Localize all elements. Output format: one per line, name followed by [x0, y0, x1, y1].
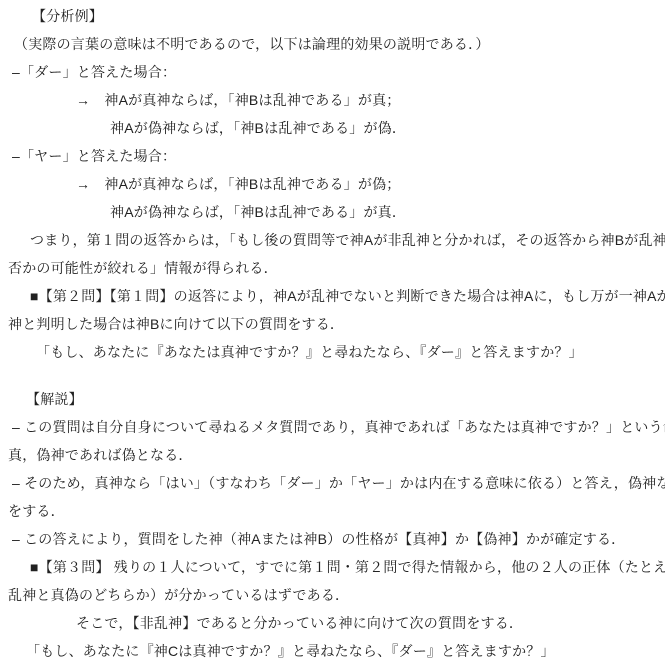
analysis-summary-line-1: つまり，第１問の返答からは，「もし後の質問等で神Aが非乱神と分かれば，その返答か… [0, 226, 665, 254]
question2-intro-line-2: 神と判明した場合は神Bに向けて以下の質問をする． [0, 310, 665, 338]
case-ya-label: –「ヤー」と答えた場合： [0, 142, 665, 170]
case-da-label: –「ダー」と答えた場合： [0, 58, 665, 86]
commentary-heading: 【解説】 [0, 385, 665, 413]
commentary-point-2-line-1: – そのため，真神なら「はい」（すなわち「ダー」か「ヤー」かは内在する意味に依る… [0, 469, 665, 497]
analysis-example-heading: 【分析例】 [0, 2, 665, 30]
case-da-true-line: → 神Aが真神ならば，「神Bは乱神である」が真； [0, 86, 665, 114]
question2-intro-line-1: ■【第２問】【第１問】の返答により，神Aが乱神でないと判断できた場合は神Aに，も… [0, 282, 665, 310]
question3-question-text: 「もし、あなたに『神Cは真神ですか？』と尋ねたなら、『ダー』と答えますか？」 [0, 637, 665, 665]
document-body: 【分析例】 （実際の言葉の意味は不明であるので，以下は論理的効果の説明である．）… [0, 0, 665, 665]
commentary-point-1-line-1: – この質問は自分自身について尋ねるメタ質問であり，真神であれば「あなたは真神で… [0, 413, 665, 441]
commentary-point-2-line-2: をする． [0, 497, 665, 525]
question2-question-text: 「もし、あなたに『あなたは真神ですか？』と尋ねたなら、『ダー』と答えますか？」 [0, 338, 665, 366]
commentary-point-1-line-2: 真，偽神であれば偽となる． [0, 441, 665, 469]
question3-intro-line-1: ■【第３問】 残りの１人について，すでに第１問・第２問で得た情報から，他の２人の… [0, 553, 665, 581]
case-ya-false-line: 神Aが偽神ならば，「神Bは乱神である」が真． [0, 198, 665, 226]
case-da-false-line: 神Aが偽神ならば，「神Bは乱神である」が偽． [0, 114, 665, 142]
case-ya-true-line: → 神Aが真神ならば，「神Bは乱神である」が偽； [0, 170, 665, 198]
question3-intro-line-3: そこで，【非乱神】であると分かっている神に向けて次の質問をする． [0, 609, 665, 637]
question3-intro-line-2: 乱神と真偽のどちらか）が分かっているはずである． [0, 581, 665, 609]
document-page: { "page": { "background_color": "#ffffff… [0, 0, 665, 665]
blank-line [0, 366, 665, 385]
analysis-note: （実際の言葉の意味は不明であるので，以下は論理的効果の説明である．） [0, 30, 665, 58]
commentary-point-3: – この答えにより，質問をした神（神Aまたは神B）の性格が【真神】か【偽神】かが… [0, 525, 665, 553]
analysis-summary-line-2: 否かの可能性が絞れる」情報が得られる． [0, 254, 665, 282]
